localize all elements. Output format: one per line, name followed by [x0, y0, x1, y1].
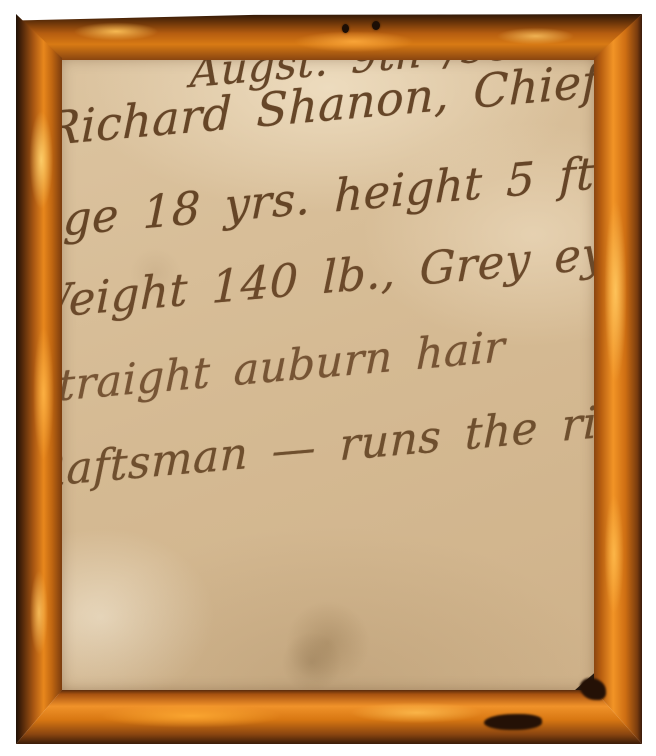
frame-top-edge — [16, 14, 642, 60]
handwritten-inscription: Augst. 9th /58 Richard Shanon, Chief Age… — [58, 56, 598, 694]
photo-framed-inscription: Augst. 9th /58 Richard Shanon, Chief Age… — [0, 0, 656, 756]
inscription-line-occupation: Raftsman — runs the river — [58, 391, 598, 500]
nail-hole — [342, 24, 349, 33]
tarnish-spot — [484, 714, 542, 730]
nail-hole — [372, 21, 380, 30]
aged-paper: Augst. 9th /58 Richard Shanon, Chief Age… — [58, 56, 598, 694]
inscription-line-hair: Straight auburn hair — [58, 322, 506, 416]
frame-right-edge — [594, 14, 642, 744]
copper-frame: Augst. 9th /58 Richard Shanon, Chief Age… — [16, 14, 642, 744]
frame-left-edge — [16, 14, 62, 744]
frame-bottom-edge — [16, 690, 642, 744]
